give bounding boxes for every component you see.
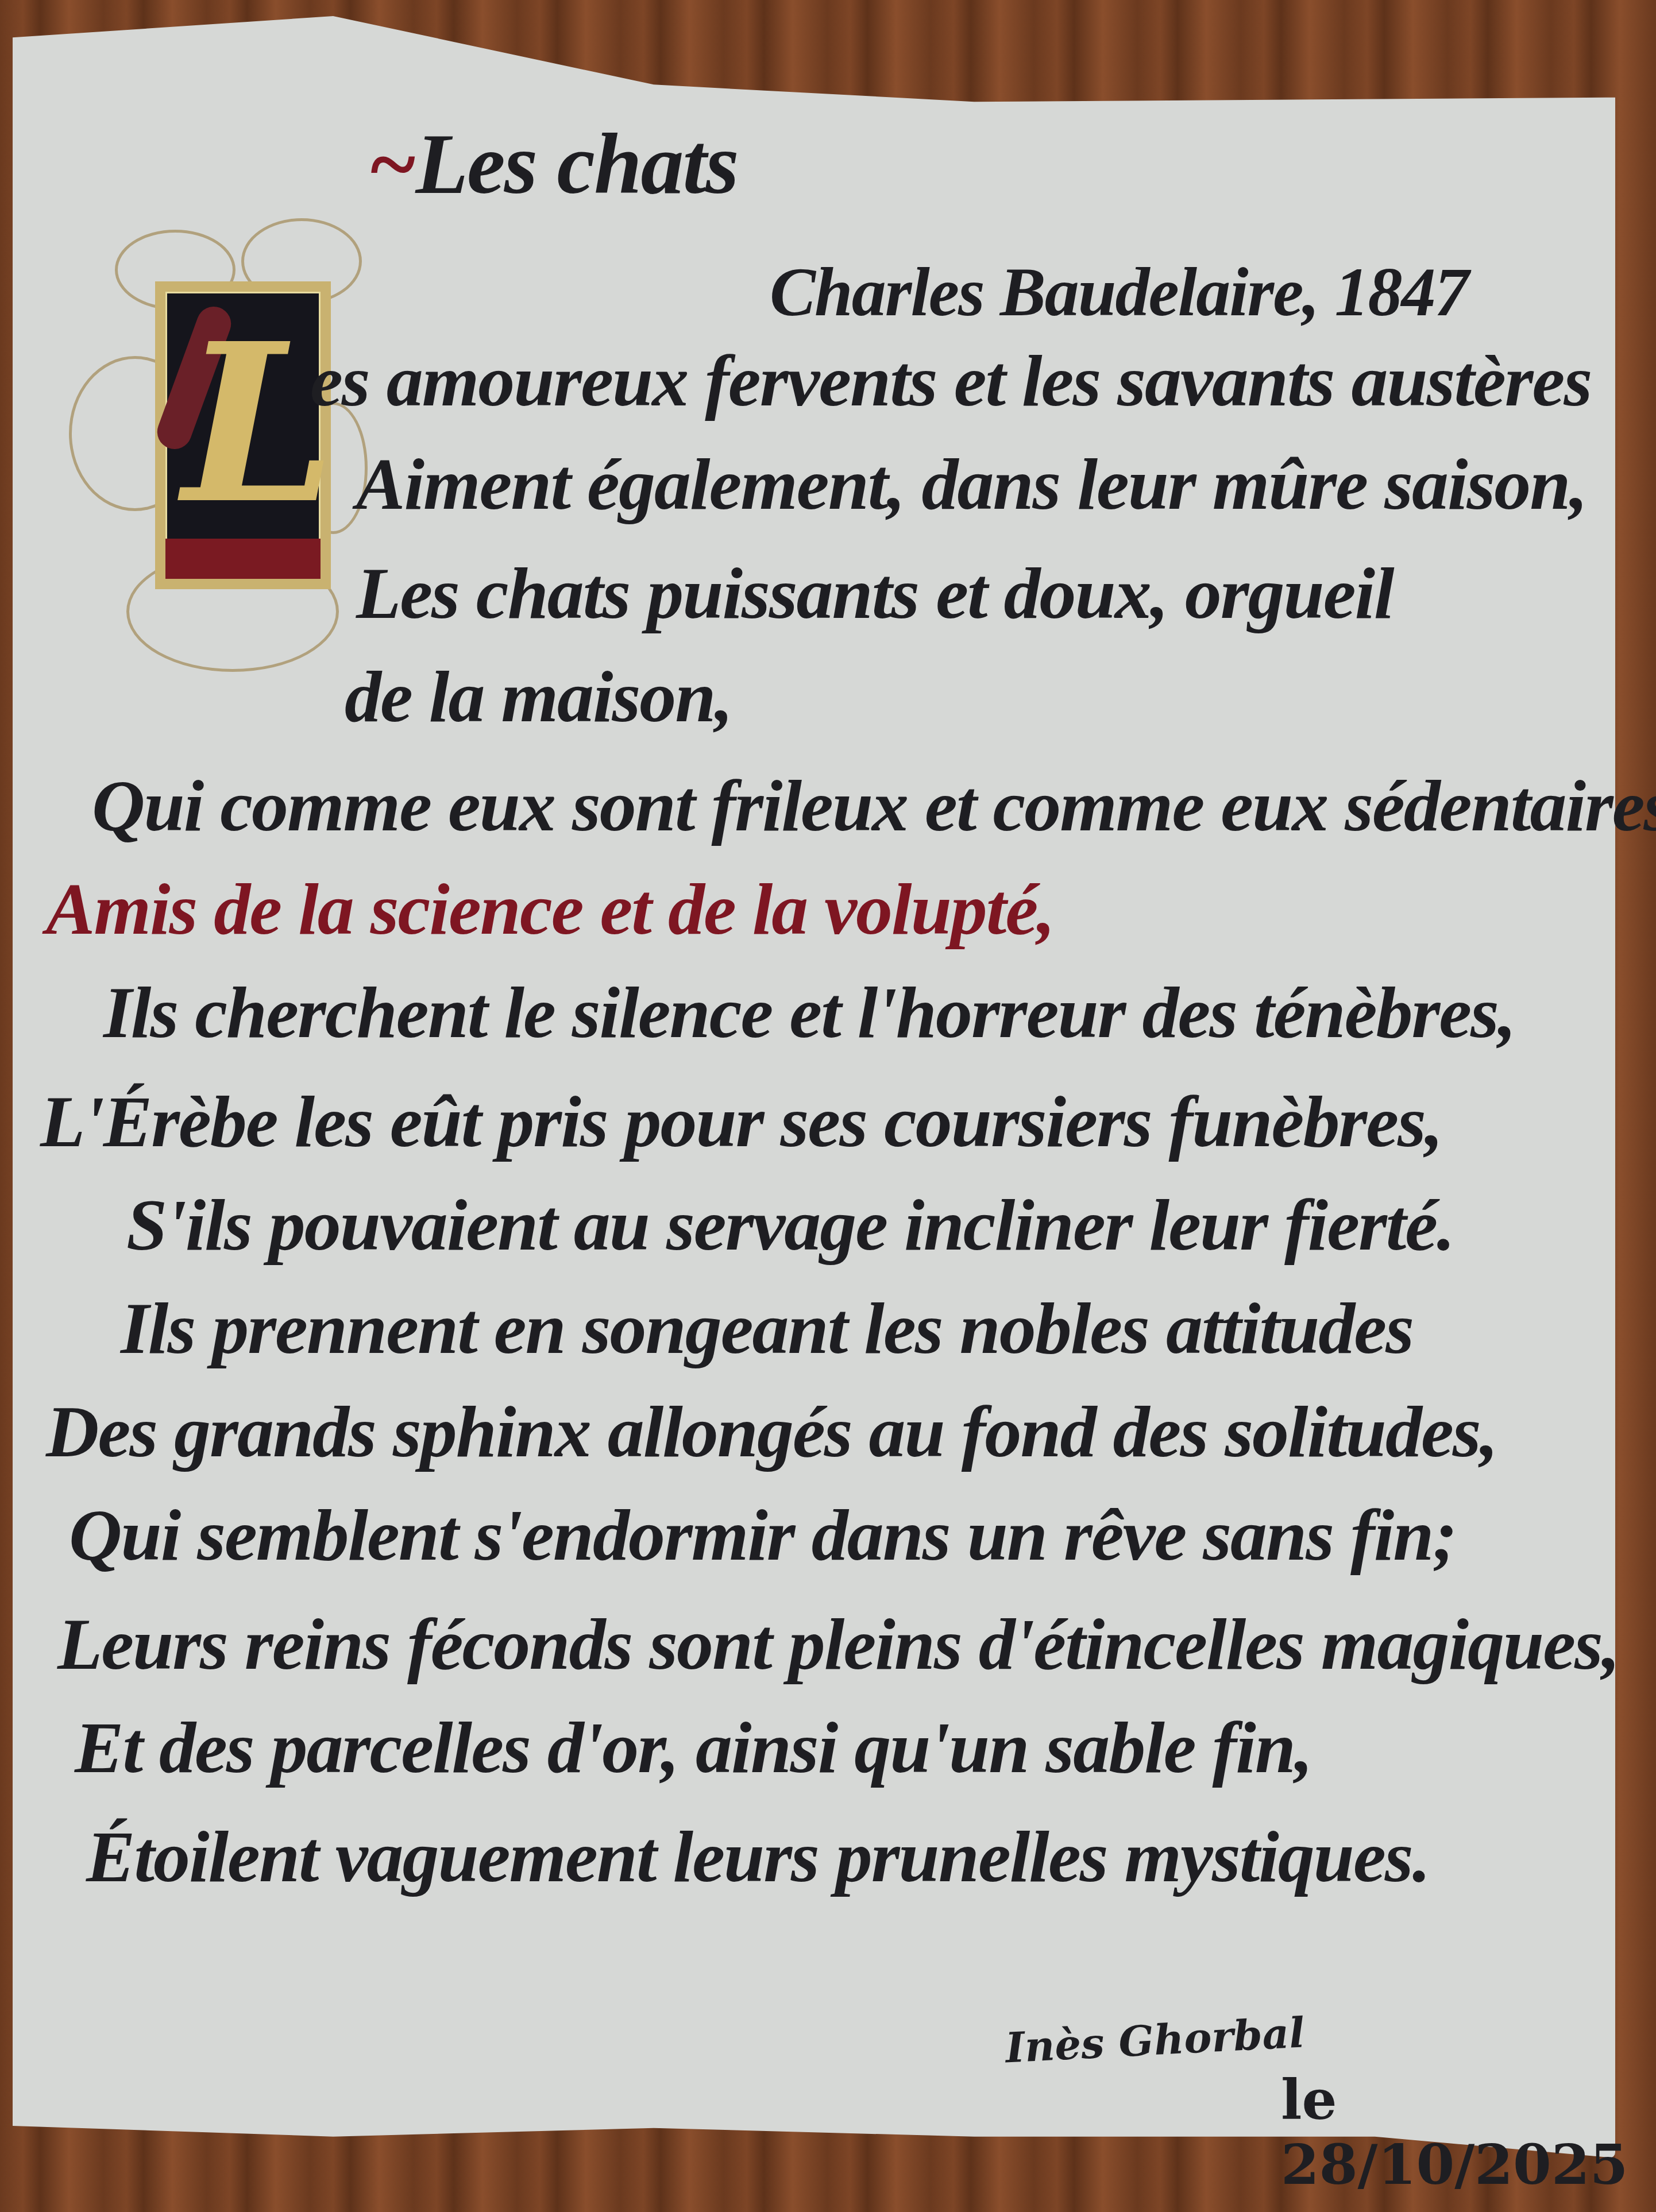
poem-line: Étoilent vaguement leurs prunelles mysti… <box>86 1815 1430 1899</box>
poem-line: Leurs reins féconds sont pleins d'étince… <box>57 1602 1619 1687</box>
poem-line: Aiment également, dans leur mûre saison, <box>356 442 1587 527</box>
poem-line: Les chats puissants et doux, orgueil <box>356 551 1393 636</box>
poem-line: de la maison, <box>345 655 732 739</box>
poem-line: L'Érèbe les eût pris pour ses coursiers … <box>40 1080 1442 1164</box>
poem-line: Qui comme eux sont frileux et comme eux … <box>92 764 1656 848</box>
poem-line: Ils cherchent le silence et l'horreur de… <box>103 970 1515 1055</box>
poem-line: es amoureux fervents et les savants aust… <box>310 339 1591 423</box>
illuminated-drop-cap: L <box>155 281 331 589</box>
poem-title: ~Les chats <box>368 115 738 214</box>
poem-author: Charles Baudelaire, 1847 <box>770 253 1468 332</box>
poem-line: Des grands sphinx allongés au fond des s… <box>46 1390 1497 1474</box>
poem-line: Qui semblent s'endormir dans un rêve san… <box>69 1493 1456 1577</box>
poem-line: Ils prennent en songeant les nobles atti… <box>121 1286 1413 1371</box>
poem-line: Et des parcelles d'or, ainsi qu'un sable… <box>75 1706 1312 1790</box>
poem-line: S'ils pouvaient au servage incliner leur… <box>126 1183 1454 1267</box>
poem-line: Amis de la science et de la volupté, <box>46 867 1054 952</box>
signature-date: le 28/10/2025 <box>1281 2067 1656 2197</box>
